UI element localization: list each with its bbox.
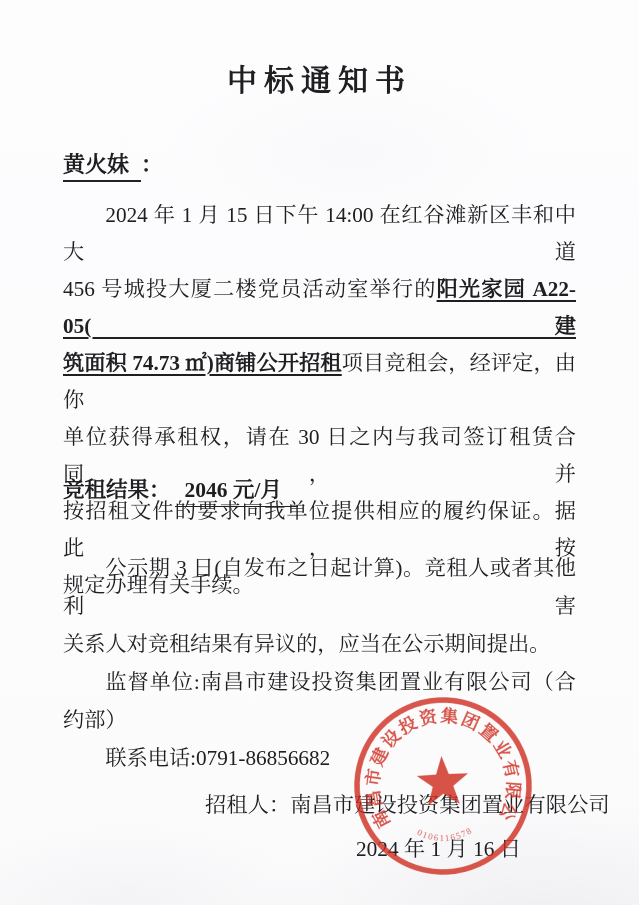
supervisor-line: 监督单位:南昌市建设投资集团置业有限公司（合约部）: [63, 663, 576, 739]
body-line-2: 456 号城投大厦二楼党员活动室举行的阳光家园 A22-05(建: [63, 271, 576, 345]
recipient-line: 黄火妹：: [63, 148, 163, 182]
body-line-1: 2024 年 1 月 15 日下午 14:00 在红谷滩新区丰和中大道: [63, 197, 576, 271]
document-title: 中标通知书: [0, 56, 639, 100]
lessor-line: 招租人：南昌市建设投资集团置业有限公司: [205, 788, 610, 819]
recipient-name: 黄火妹: [63, 148, 141, 182]
phone-line: 联系电话:0791-86856682: [63, 739, 576, 777]
bid-result-line: 竞租结果：2046 元/月: [63, 473, 298, 507]
bid-result-label: 竞租结果：: [63, 478, 171, 502]
document-date: 2024 年 1 月 16 日: [356, 832, 521, 863]
notice-line-2: 关系人对竞租结果有异议的，应当在公示期间提出。: [63, 625, 576, 663]
award-notice-document: 中标通知书 黄火妹： 2024 年 1 月 15 日下午 14:00 在红谷滩新…: [0, 0, 639, 905]
recipient-colon: ：: [141, 152, 163, 177]
lessor-label: 招租人：: [205, 793, 290, 817]
notice-line-1: 公示期 3 日(自发布之日起计算)。竞租人或者其他利害: [63, 549, 576, 625]
body-paragraph: 2024 年 1 月 15 日下午 14:00 在红谷滩新区丰和中大道 456 …: [63, 197, 576, 604]
bid-result-value: 2046 元/月: [175, 473, 298, 507]
public-notice-paragraph: 公示期 3 日(自发布之日起计算)。竞租人或者其他利害 关系人对竞租结果有异议的…: [63, 549, 576, 777]
project-name-part2: 筑面积 74.73 ㎡)商铺公开招租: [63, 351, 342, 375]
lessor-name: 南昌市建设投资集团置业有限公司: [290, 793, 609, 817]
body-line-3: 筑面积 74.73 ㎡)商铺公开招租项目竞租会，经评定，由你: [63, 345, 576, 419]
